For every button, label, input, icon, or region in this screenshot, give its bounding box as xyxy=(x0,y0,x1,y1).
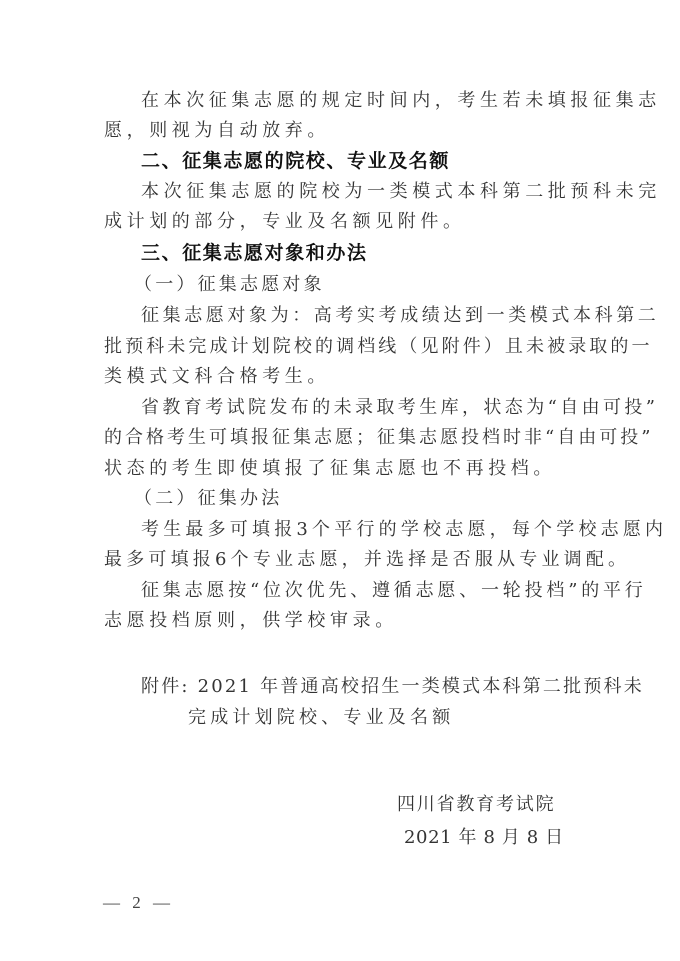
paragraph-6-line-2: 志愿投档原则，供学校审录。 xyxy=(104,610,398,632)
paragraph-2-line-1: 本次征集志愿的院校为一类模式本科第二批预科未完 xyxy=(141,181,661,203)
signature-date: 2021 年 8 月 8 日 xyxy=(404,827,564,849)
paragraph-3-line-1: 征集志愿对象为：高考实考成绩达到一类模式本科第二 xyxy=(141,305,659,327)
paragraph-2-line-2: 成计划的部分，专业及名额见附件。 xyxy=(104,211,466,233)
paragraph-3-line-2: 批预科未完成计划院校的调档线（见附件）且未被录取的一 xyxy=(104,336,653,358)
paragraph-6-line-1: 征集志愿按“位次优先、遵循志愿、一轮投档”的平行 xyxy=(141,580,647,602)
subsection-heading-2: （二）征集办法 xyxy=(134,488,282,510)
page-number: — 2 — xyxy=(103,892,174,914)
paragraph-4-line-1: 省教育考试院发布的未录取考生库，状态为“自由可投” xyxy=(141,397,658,419)
paragraph-5-line-2: 最多可填报6个专业志愿，并选择是否服从专业调配。 xyxy=(104,549,630,571)
paragraph-1-line-1: 在本次征集志愿的规定时间内，考生若未填报征集志 xyxy=(141,90,661,112)
document-page: 在本次征集志愿的规定时间内，考生若未填报征集志 愿，则视为自动放弃。 二、征集志… xyxy=(0,0,680,961)
section-heading-2: 二、征集志愿的院校、专业及名额 xyxy=(141,150,450,172)
attachment-line-2: 完成计划院校、专业及名额 xyxy=(188,707,454,729)
subsection-heading-1: （一）征集志愿对象 xyxy=(134,274,325,296)
section-heading-3: 三、征集志愿对象和办法 xyxy=(141,242,368,264)
paragraph-4-line-3: 状态的考生即使填报了征集志愿也不再投档。 xyxy=(104,458,556,480)
paragraph-4-line-2: 的合格考生可填报征集志愿；征集志愿投档时非“自由可投” xyxy=(104,427,653,449)
attachment-line-1: 附件: 2021 年普通高校招生一类模式本科第二批预科未 xyxy=(141,676,644,698)
signature-organization: 四川省教育考试院 xyxy=(397,794,555,816)
paragraph-5-line-1: 考生最多可填报3个平行的学校志愿，每个学校志愿内 xyxy=(141,519,667,541)
paragraph-3-line-3: 类模式文科合格考生。 xyxy=(104,366,330,388)
paragraph-1-line-2: 愿，则视为自动放弃。 xyxy=(104,120,330,142)
